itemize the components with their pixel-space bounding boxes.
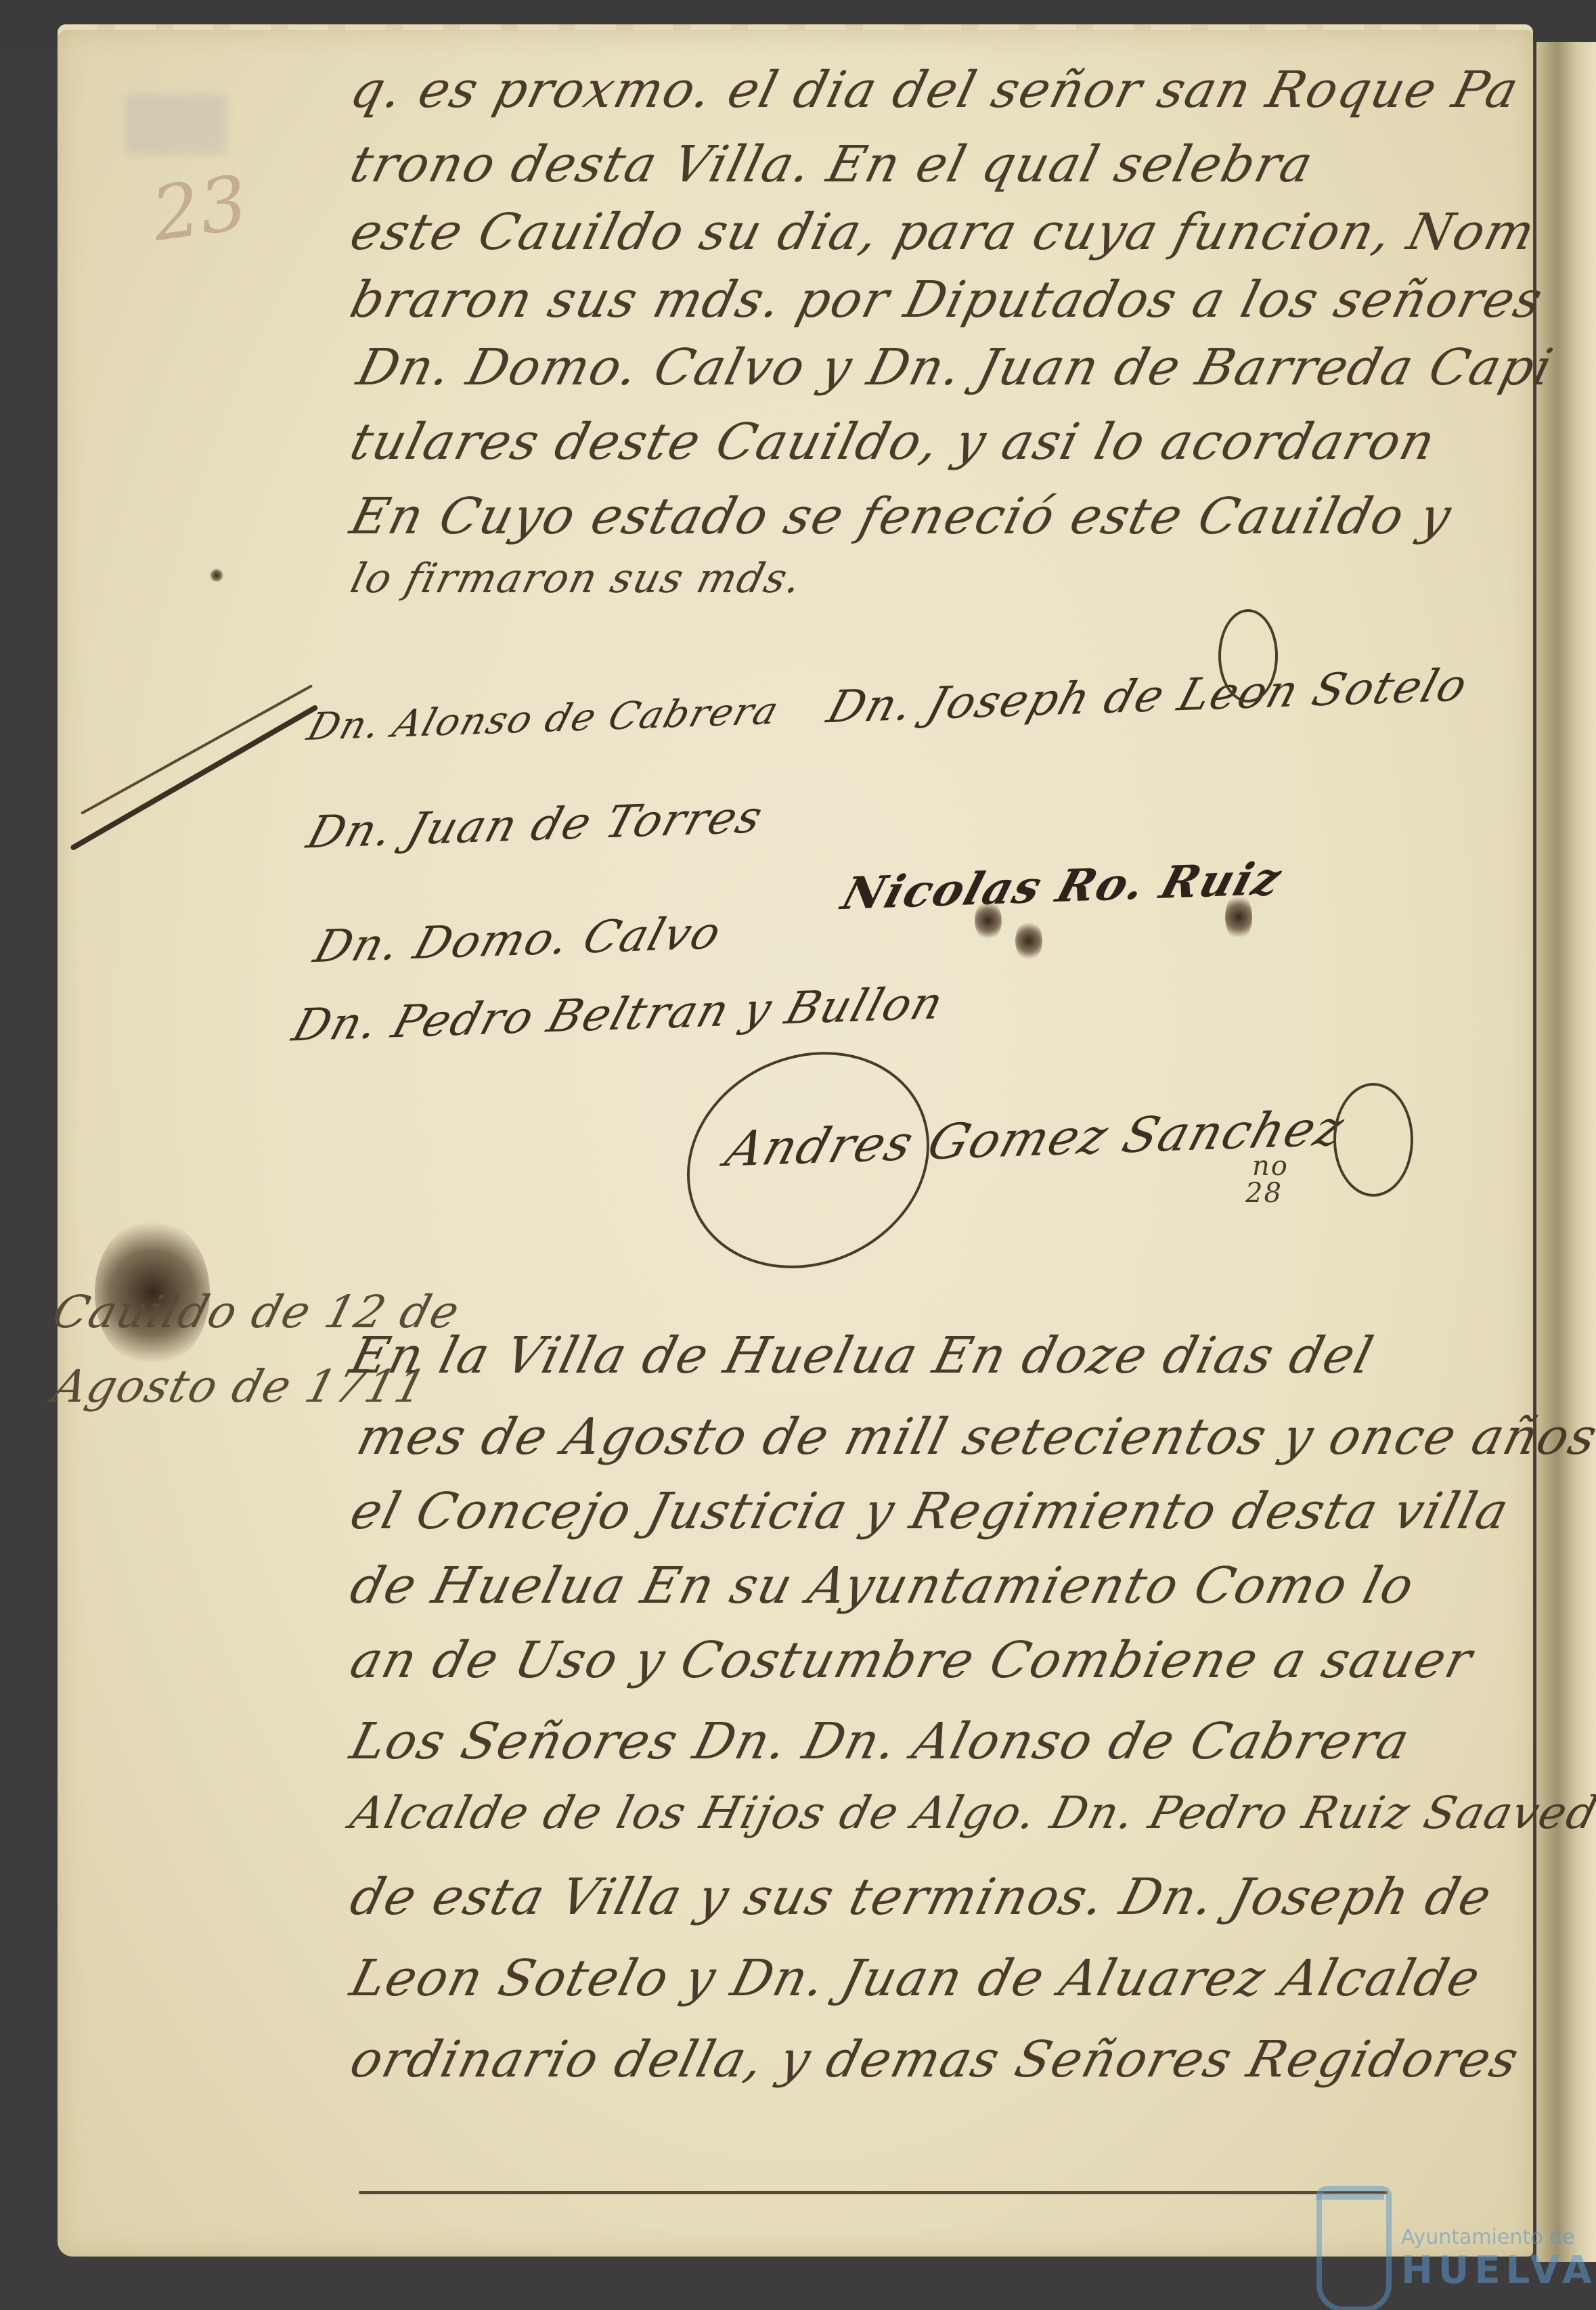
ink-blot xyxy=(1225,893,1252,941)
entry-line: an de Uso y Costumbre Combiene a sauer xyxy=(345,1631,1479,1689)
archive-watermark: Ayuntamiento de HUELVA xyxy=(1316,2173,1587,2308)
entry-line: ordinario della, y demas Señores Regidor… xyxy=(345,2030,1525,2089)
entry-line: braron sus mds. por Diputados a los seño… xyxy=(345,271,1549,329)
entry-line: Leon Sotelo y Dn. Juan de Aluarez Alcald… xyxy=(345,1949,1486,2007)
rubric-flourish xyxy=(1333,1083,1413,1197)
watermark-label: Ayuntamiento de xyxy=(1401,2225,1575,2249)
entry-line: q. es proxmo. el dia del señor san Roque… xyxy=(345,61,1525,119)
entry-line: En Cuyo estado se feneció este Cauildo y xyxy=(345,487,1458,546)
faded-stamp xyxy=(125,94,227,155)
entry-line: de Huelua En su Ayuntamiento Como lo xyxy=(345,1557,1421,1615)
entry-line: Alcalde de los Hijos de Algo. Dn. Pedro … xyxy=(345,1787,1596,1839)
coat-of-arms-icon xyxy=(1316,2186,1392,2310)
closing-rule xyxy=(359,2191,1388,2194)
entry-line: En la Villa de Huelua En doze dias del xyxy=(345,1327,1379,1385)
entry-line: este Cauildo su dia, para cuya funcion, … xyxy=(345,203,1541,261)
rubric-flourish xyxy=(1218,609,1278,703)
ink-dot xyxy=(210,569,223,582)
entry-line: lo firmaron sus mds. xyxy=(346,555,807,602)
signature-annotation: 28 xyxy=(1245,1178,1283,1209)
entry-line: mes de Agosto de mill setecientos y once… xyxy=(351,1408,1596,1466)
entry-line: Dn. Domo. Calvo y Dn. Juan de Barreda Ca… xyxy=(351,338,1559,397)
entry-line: tulares deste Cauildo, y asi lo acordaro… xyxy=(345,413,1442,471)
ink-blot xyxy=(975,900,1002,941)
folio-number: 23 xyxy=(147,159,252,258)
ink-blot xyxy=(1015,920,1042,961)
entry-line: de esta Villa y sus terminos. Dn. Joseph… xyxy=(345,1868,1498,1926)
watermark-city: HUELVA xyxy=(1401,2248,1596,2292)
entry-line: trono desta Villa. En el qual selebra xyxy=(345,135,1319,194)
entry-line: Los Señores Dn. Dn. Alonso de Cabrera xyxy=(345,1712,1416,1771)
entry-line: el Concejo Justicia y Regimiento desta v… xyxy=(345,1482,1515,1540)
